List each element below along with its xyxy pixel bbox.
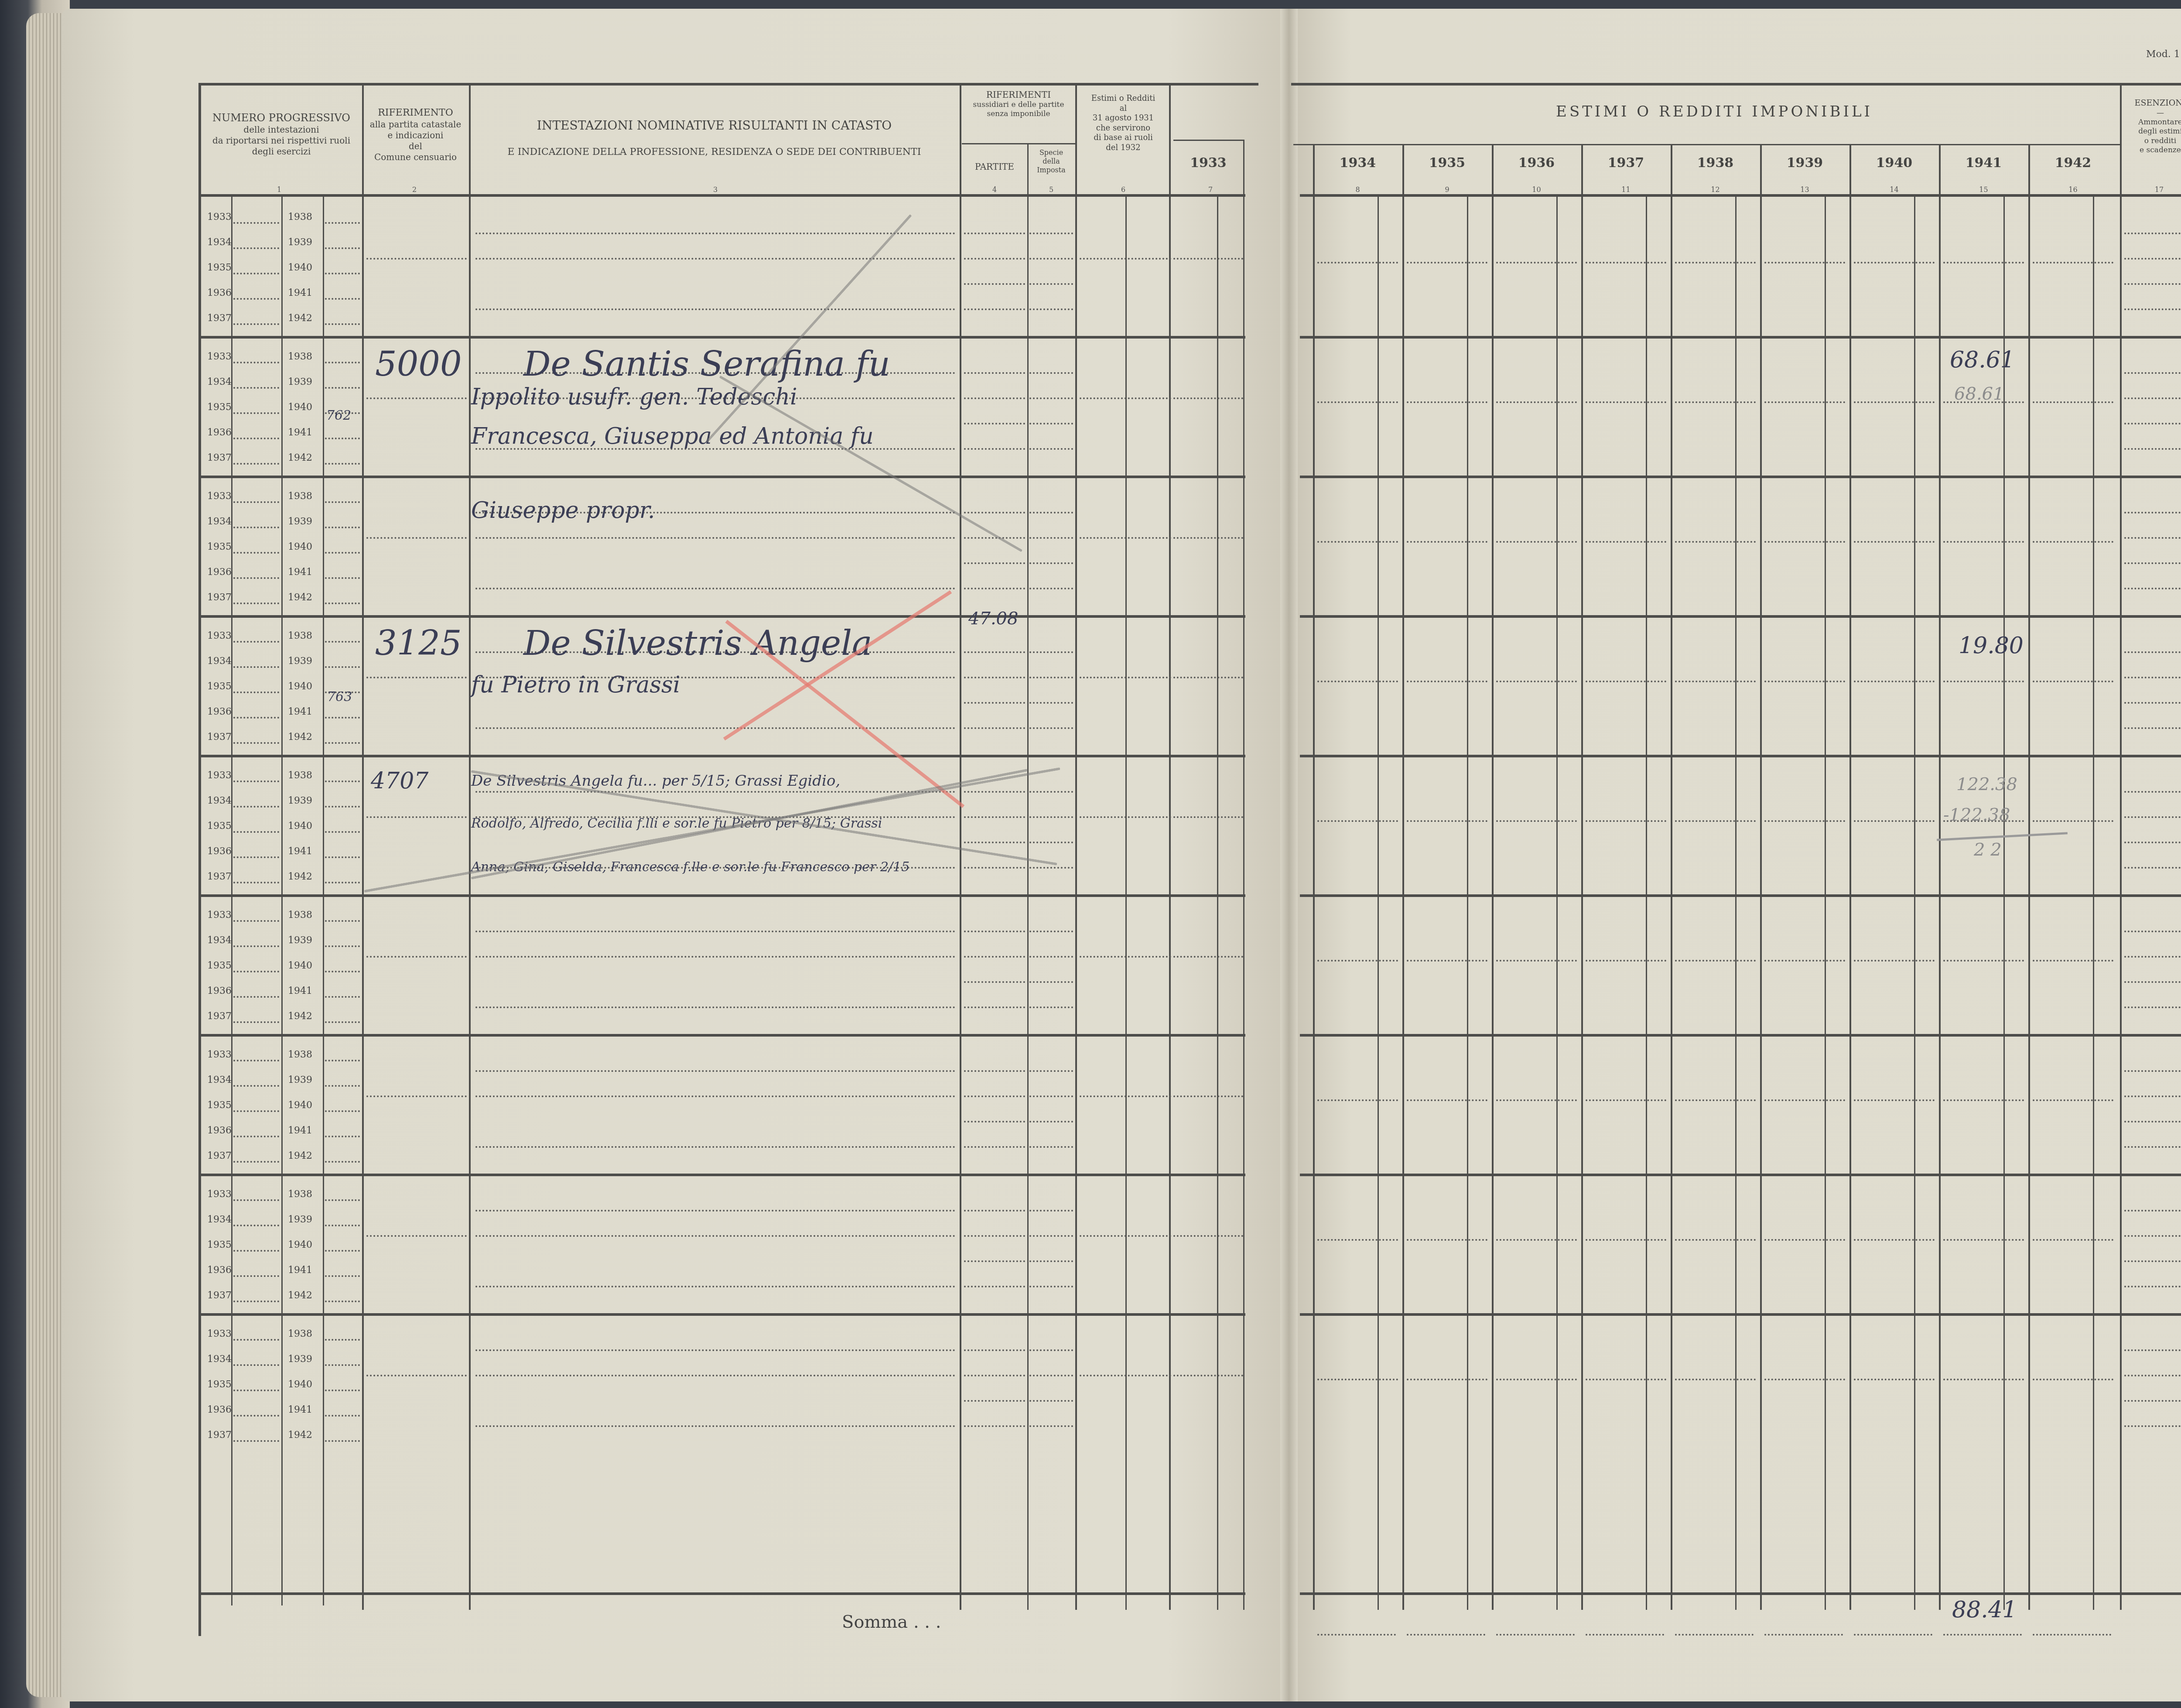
row-year-left: 1933 (207, 212, 232, 222)
row-year-left: 1933 (207, 491, 232, 502)
row-year-right: 1941 (288, 1265, 312, 1276)
row-year-right: 1941 (288, 288, 312, 298)
row-year-right: 1939 (288, 237, 312, 248)
header-partite: PARTITE (962, 161, 1027, 172)
row-year-right: 1938 (288, 491, 312, 502)
row-year-left: 1933 (207, 630, 232, 641)
row-year-right: 1939 (288, 795, 312, 806)
row-year-left: 1937 (207, 313, 232, 324)
row-year-left: 1936 (207, 706, 232, 717)
row-year-right: 1940 (288, 681, 312, 692)
partita-number: 3125 (375, 624, 462, 663)
row-year-left: 1934 (207, 656, 232, 667)
row-year-left: 1937 (207, 732, 232, 743)
amount-1941: 122.38 (1956, 774, 2017, 794)
row-year-left: 1936 (207, 427, 232, 438)
header-year-1935: 1935 (1402, 155, 1492, 171)
row-year-left: 1936 (207, 288, 232, 298)
row-year-left: 1933 (207, 1049, 232, 1060)
row-year-left: 1933 (207, 1189, 232, 1200)
row-year-right: 1942 (288, 732, 312, 743)
row-year-right: 1942 (288, 1150, 312, 1161)
row-year-left: 1934 (207, 935, 232, 946)
row-year-right: 1940 (288, 1239, 312, 1250)
header-intestazioni: INTESTAZIONI NOMINATIVE RISULTANTI IN CA… (471, 118, 957, 158)
row-year-left: 1934 (207, 377, 232, 387)
name-line: Francesca, Giuseppa ed Antonia fu (471, 423, 874, 449)
row-year-left: 1933 (207, 351, 232, 362)
row-year-left: 1935 (207, 1379, 232, 1390)
row-year-left: 1934 (207, 1214, 232, 1225)
riferimento-small: 763 (327, 689, 352, 705)
header-year-1942: 1942 (2028, 155, 2118, 171)
row-year-right: 1938 (288, 910, 312, 921)
row-year-left: 1937 (207, 1290, 232, 1301)
row-year-left: 1934 (207, 516, 232, 527)
row-year-right: 1939 (288, 656, 312, 667)
left-page (61, 9, 1291, 1701)
name-line: Rodolfo, Alfredo, Cecilia f.lli e sor.le… (471, 816, 882, 831)
row-year-right: 1941 (288, 986, 312, 996)
somma-label: Somma . . . (842, 1612, 941, 1632)
row-year-left: 1937 (207, 1011, 232, 1022)
row-year-left: 1936 (207, 1404, 232, 1415)
row-year-left: 1937 (207, 1430, 232, 1441)
row-year-right: 1939 (288, 1354, 312, 1365)
header-estimi-1931: Estimi o Redditi al 31 agosto 1931 che s… (1077, 94, 1169, 153)
row-year-left: 1936 (207, 1265, 232, 1276)
header-riferimento: RIFERIMENTO alla partita catastale e ind… (364, 107, 467, 163)
header-numero-progressivo: NUMERO PROGRESSIVO delle intestazioni da… (201, 111, 362, 157)
row-year-left: 1933 (207, 1328, 232, 1339)
row-year-right: 1942 (288, 1430, 312, 1441)
amount-1941-result: 2 2 (1974, 840, 2002, 860)
row-year-right: 1940 (288, 1379, 312, 1390)
row-year-right: 1939 (288, 516, 312, 527)
row-year-left: 1935 (207, 681, 232, 692)
row-year-right: 1940 (288, 262, 312, 273)
header-year-1933: 1933 (1173, 155, 1243, 171)
row-year-right: 1938 (288, 1189, 312, 1200)
row-year-left: 1935 (207, 1100, 232, 1111)
row-year-left: 1935 (207, 262, 232, 273)
name-line: fu Pietro in Grassi (471, 672, 680, 698)
row-year-right: 1939 (288, 935, 312, 946)
name-line: De Silvestris Angela (523, 624, 872, 663)
row-year-left: 1937 (207, 592, 232, 603)
book-gutter (1280, 9, 1298, 1701)
row-year-right: 1940 (288, 402, 312, 413)
row-year-right: 1941 (288, 706, 312, 717)
form-code: Mod. 111 - Imposte Dirette (Intercalare)… (2146, 49, 2181, 60)
name-line: Giuseppe propr. (471, 497, 655, 524)
row-year-left: 1934 (207, 237, 232, 248)
header-year-1937: 1937 (1581, 155, 1671, 171)
row-year-right: 1938 (288, 630, 312, 641)
row-year-right: 1939 (288, 1214, 312, 1225)
row-year-left: 1934 (207, 795, 232, 806)
row-year-left: 1935 (207, 402, 232, 413)
row-year-left: 1935 (207, 1239, 232, 1250)
row-year-right: 1942 (288, 313, 312, 324)
row-year-right: 1938 (288, 351, 312, 362)
header-estimi-redditi-imponibili: ESTIMI O REDDITI IMPONIBILI (1309, 103, 2120, 121)
row-year-left: 1936 (207, 1125, 232, 1136)
amount-1941-minus: -122.38 (1943, 805, 2010, 825)
somma-1941: 88.41 (1952, 1597, 2017, 1623)
row-year-right: 1938 (288, 1328, 312, 1339)
row-year-right: 1941 (288, 1125, 312, 1136)
row-year-left: 1933 (207, 770, 232, 781)
row-year-right: 1942 (288, 1290, 312, 1301)
amount-1941: 19.80 (1959, 633, 2024, 659)
row-year-right: 1940 (288, 960, 312, 971)
row-year-left: 1936 (207, 986, 232, 996)
header-year-1934: 1934 (1313, 155, 1402, 171)
name-line: De Santis Serafina fu (523, 345, 890, 384)
row-year-right: 1938 (288, 770, 312, 781)
row-year-left: 1937 (207, 452, 232, 463)
row-year-right: 1942 (288, 592, 312, 603)
row-year-right: 1940 (288, 541, 312, 552)
header-year-1940: 1940 (1849, 155, 1939, 171)
row-year-left: 1936 (207, 567, 232, 578)
amount-1941-pencil: 68.61 (1954, 384, 2004, 404)
row-year-right: 1942 (288, 1011, 312, 1022)
row-year-left: 1937 (207, 1150, 232, 1161)
header-year-1938: 1938 (1671, 155, 1760, 171)
row-year-left: 1935 (207, 541, 232, 552)
partita-number: 4707 (371, 768, 428, 794)
row-year-right: 1939 (288, 377, 312, 387)
row-year-left: 1936 (207, 846, 232, 857)
header-esenzioni: ESENZIONI — Ammontare degli estimi o red… (2122, 98, 2181, 155)
row-year-left: 1935 (207, 821, 232, 832)
row-year-right: 1941 (288, 846, 312, 857)
row-year-right: 1938 (288, 1049, 312, 1060)
header-riferimenti-sussidiari: RIFERIMENTI sussidiari e delle partite s… (962, 89, 1075, 119)
row-year-right: 1941 (288, 1404, 312, 1415)
row-year-left: 1934 (207, 1075, 232, 1085)
row-year-right: 1940 (288, 1100, 312, 1111)
header-year-1936: 1936 (1492, 155, 1581, 171)
row-year-right: 1938 (288, 212, 312, 222)
row-year-right: 1941 (288, 567, 312, 578)
header-year-1939: 1939 (1760, 155, 1849, 171)
row-year-right: 1941 (288, 427, 312, 438)
row-year-right: 1942 (288, 452, 312, 463)
header-specie-imposta: Specie della Imposta (1027, 148, 1075, 175)
row-year-right: 1942 (288, 871, 312, 882)
partite-value: 47.08 (968, 609, 1019, 629)
row-year-left: 1934 (207, 1354, 232, 1365)
row-year-left: 1933 (207, 910, 232, 921)
amount-1941: 68.61 (1950, 347, 2015, 373)
partita-number: 5000 (375, 345, 462, 384)
header-year-1941: 1941 (1939, 155, 2028, 171)
row-year-right: 1939 (288, 1075, 312, 1085)
row-year-left: 1937 (207, 871, 232, 882)
row-year-right: 1940 (288, 821, 312, 832)
riferimento-small: 762 (326, 408, 351, 423)
row-year-left: 1935 (207, 960, 232, 971)
